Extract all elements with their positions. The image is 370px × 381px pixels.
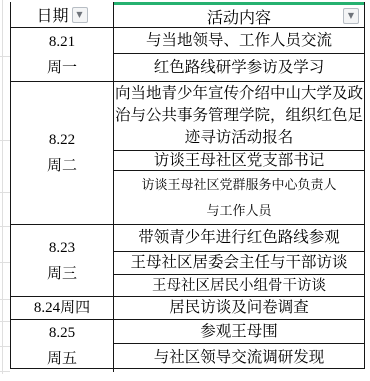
activity-line: 居民访谈及问卷调查	[169, 297, 309, 319]
date-cell[interactable]: 8.21周一	[11, 28, 114, 81]
activity-line: 迹寻访活动报名	[185, 127, 294, 149]
date-cell[interactable]: 8.24周四	[11, 297, 114, 319]
day-block: 8.23周三带领青少年进行红色路线参观王母社区居委会主任与干部访谈王母社区居民小…	[11, 224, 364, 296]
date-line: 周三	[47, 261, 77, 287]
activity-cell[interactable]: 参观王母围	[114, 320, 364, 343]
activity-line: 与当地领导、工作人员交流	[146, 30, 332, 52]
activity-line: 治与公共事务管理学院，组织红色足	[115, 105, 363, 127]
date-header-cell[interactable]: 日期 ▼	[11, 2, 114, 27]
activity-header-cell[interactable]: 活动内容 ▼	[114, 2, 364, 27]
activity-line: 红色路线研学参访及学习	[154, 57, 325, 79]
date-line: 8.25	[49, 320, 75, 346]
activity-line: 参观王母围	[200, 321, 278, 343]
activity-filter-button[interactable]: ▼	[343, 8, 359, 24]
day-block: 8.24周四居民访谈及问卷调查	[11, 296, 364, 319]
sheet-gridline	[0, 321, 10, 322]
day-block: 8.25周五参观王母围与社区领导交流调研发现	[11, 319, 364, 372]
activity-line: 与社区领导交流调研发现	[154, 347, 325, 369]
activity-cell[interactable]: 王母社区居民小组骨干访谈	[114, 274, 364, 296]
date-cell[interactable]: 8.25周五	[11, 320, 114, 372]
filter-arrow-icon: ▼	[76, 11, 82, 19]
activity-line: 王母社区居委会主任与干部访谈	[130, 252, 347, 274]
date-header-label: 日期	[36, 3, 68, 26]
activity-cell[interactable]: 访谈王母社区党支部书记	[114, 150, 364, 170]
spreadsheet-view: { "colors": { "accent_green": "#26b170",…	[0, 0, 370, 381]
activity-line: 带领青少年进行红色路线参观	[138, 227, 340, 249]
activity-line: 与工作人员	[206, 198, 271, 224]
date-line: 8.24周四	[34, 295, 90, 321]
sheet-gridline	[0, 299, 10, 300]
date-cell[interactable]: 8.22周二	[11, 82, 114, 224]
activity-line: 访谈王母社区党支部书记	[154, 150, 325, 170]
activity-column: 居民访谈及问卷调查	[114, 297, 364, 319]
sheet-gridline	[0, 192, 10, 193]
sheet-gridline	[0, 226, 10, 227]
activity-column: 与当地领导、工作人员交流红色路线研学参访及学习	[114, 28, 364, 81]
date-filter-button[interactable]: ▼	[72, 7, 88, 23]
activity-cell[interactable]: 红色路线研学参访及学习	[114, 53, 364, 81]
date-line: 周一	[47, 55, 77, 81]
sheet-gridline	[0, 371, 10, 372]
activity-cell[interactable]: 与社区领导交流调研发现	[114, 343, 364, 372]
sheet-gridline	[0, 262, 10, 263]
activity-column: 带领青少年进行红色路线参观王母社区居委会主任与干部访谈王母社区居民小组骨干访谈	[114, 225, 364, 296]
activity-line: 王母社区居民小组骨干访谈	[152, 275, 326, 297]
activity-cell[interactable]: 王母社区居委会主任与干部访谈	[114, 251, 364, 274]
date-line: 周二	[47, 153, 77, 179]
date-line: 8.21	[49, 29, 75, 55]
sheet-gridline	[0, 140, 10, 141]
date-line: 8.22	[49, 127, 75, 153]
date-cell[interactable]: 8.23周三	[11, 225, 114, 296]
activity-column: 向当地青少年宣传介绍中山大学及政治与公共事务管理学院，组织红色足迹寻访活动报名访…	[114, 82, 364, 224]
day-block: 8.21周一与当地领导、工作人员交流红色路线研学参访及学习	[11, 27, 364, 81]
activity-table: 日期 ▼ 活动内容 ▼ 8.21周一与当地领导、工作人员交流红色路线研学参访及学…	[10, 2, 365, 369]
date-line: 周五	[47, 346, 77, 372]
activity-cell[interactable]: 与当地领导、工作人员交流	[114, 28, 364, 53]
activity-cell[interactable]: 访谈王母社区党群服务中心负责人与工作人员	[114, 170, 364, 224]
activity-cell[interactable]: 带领青少年进行红色路线参观	[114, 225, 364, 251]
activity-cell[interactable]: 向当地青少年宣传介绍中山大学及政治与公共事务管理学院，组织红色足迹寻访活动报名	[114, 82, 364, 150]
activity-header-label: 活动内容	[207, 5, 271, 28]
activity-cell[interactable]: 居民访谈及问卷调查	[114, 297, 364, 319]
day-block: 8.22周二向当地青少年宣传介绍中山大学及政治与公共事务管理学院，组织红色足迹寻…	[11, 81, 364, 224]
date-line: 8.23	[49, 235, 75, 261]
header-row: 日期 ▼ 活动内容 ▼	[11, 2, 364, 27]
activity-column: 参观王母围与社区领导交流调研发现	[114, 320, 364, 372]
sheet-gridline	[0, 346, 10, 347]
filter-arrow-icon: ▼	[348, 12, 354, 20]
activity-line: 向当地青少年宣传介绍中山大学及政	[115, 83, 363, 105]
activity-line: 访谈王母社区党群服务中心负责人	[141, 172, 336, 198]
sheet-gridline	[0, 56, 10, 57]
